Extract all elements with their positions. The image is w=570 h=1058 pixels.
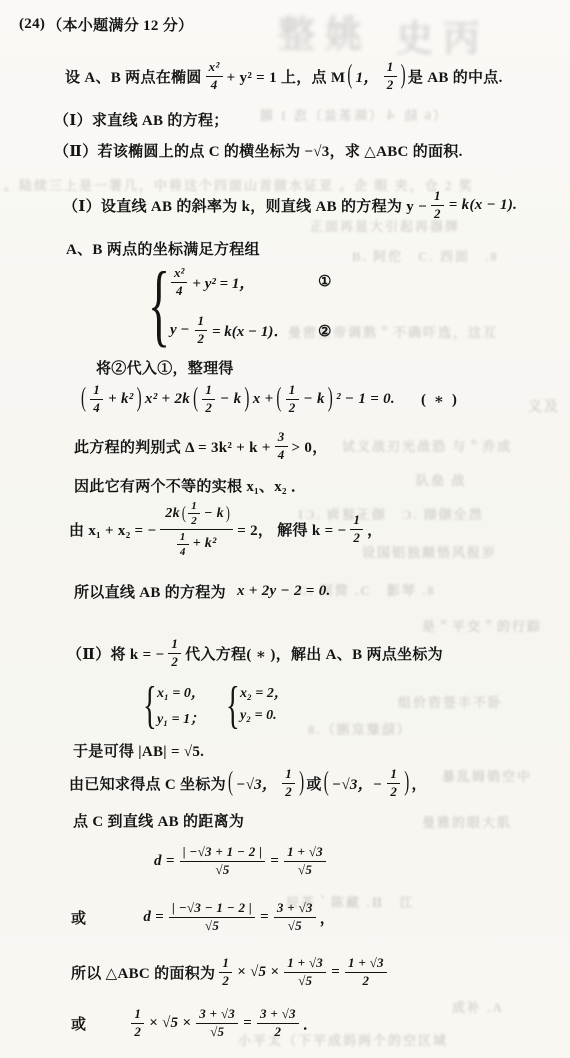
solution-text: 此方程的判别式 Δ = 3k² + k + bbox=[74, 436, 271, 457]
fraction-denominator: 2 bbox=[353, 530, 360, 546]
fraction-one-quarter: 1 4 bbox=[90, 383, 103, 415]
fraction-denominator: 4 bbox=[211, 77, 218, 93]
right-paren: ) bbox=[328, 384, 333, 415]
fraction-one-half: 1 2 bbox=[202, 383, 215, 415]
solution-text: = 2， 解得 k = − bbox=[237, 519, 346, 540]
fraction-denominator: 2 bbox=[134, 1024, 141, 1040]
equation-text: y − bbox=[170, 322, 190, 339]
fraction-one-half: 1 2 bbox=[195, 314, 208, 346]
equation-system-1: { x² 4 + y² = 1， ① y − 1 2 = k(x − 1)． ② bbox=[148, 260, 378, 352]
fraction-numerator: 1 bbox=[350, 513, 363, 530]
solution-text: 代入方程( ∗ )，解出 A、B 两点坐标为 bbox=[185, 643, 443, 664]
equation-text: y₁ = 1； bbox=[157, 708, 204, 728]
question-part1: （Ⅰ）求直线 AB 的方程； bbox=[53, 109, 230, 130]
fraction-one-quarter: 1 4 bbox=[177, 531, 189, 559]
left-paren: ( bbox=[347, 61, 352, 92]
bleed-through-text: 组价咨签丰不卧 bbox=[398, 692, 503, 711]
fraction-denominator: 2 bbox=[205, 400, 212, 416]
right-paren: ) bbox=[404, 768, 409, 799]
bleed-through-text: （6 陆 ４（陈茶盆）选 1 题 bbox=[258, 105, 446, 124]
or-label: 或 bbox=[71, 907, 86, 928]
question-text: （Ⅱ）若该椭圆上的点 C 的横坐标为 −√3，求 △ABC 的面积. bbox=[54, 140, 463, 161]
fraction-three-quarters: 3 4 bbox=[275, 430, 288, 462]
fraction-denominator: 1 4 + k² bbox=[175, 530, 219, 559]
fraction-numerator: 1 bbox=[202, 383, 215, 400]
fraction-numerator: 3 + √3 bbox=[274, 901, 316, 918]
fraction-denominator: √5 bbox=[288, 918, 302, 934]
fraction-one-half: 1 2 bbox=[431, 189, 444, 221]
bleed-through-text: 义及 bbox=[528, 396, 560, 416]
fraction-one-half: 1 2 bbox=[131, 1007, 144, 1039]
area-equation-1: 所以 △ABC 的面积为 1 2 × √5 × 1 + √3 √5 = 1 + … bbox=[70, 948, 390, 996]
or-label: 或 bbox=[71, 1013, 86, 1034]
solution-text: （Ⅰ）设直线 AB 的斜率为 k，则直线 AB 的方程为 y − bbox=[63, 195, 427, 216]
fraction-numerator: x² bbox=[206, 60, 223, 77]
fraction-denominator: 2 bbox=[285, 784, 292, 800]
equation-text: 2k bbox=[165, 506, 180, 522]
system-brace: { bbox=[226, 679, 240, 733]
equals-sign: = bbox=[243, 1015, 252, 1032]
fraction-denominator: 2 bbox=[222, 973, 229, 989]
punctuation: ． bbox=[303, 1013, 318, 1034]
fraction-one-half: 1 2 bbox=[188, 500, 200, 528]
fraction-denominator: 2 bbox=[191, 514, 197, 527]
fraction-numerator: 2k ( 1 2 − k ) bbox=[160, 500, 233, 530]
sum-of-roots-equation: 由 x₁ + x₂ = − 2k ( 1 2 − k ) 1 4 + k² = … bbox=[68, 496, 383, 562]
fraction-denominator: √5 bbox=[215, 862, 229, 878]
left-paren: ( bbox=[228, 768, 233, 799]
fraction-numerator: 3 + √3 bbox=[196, 1007, 238, 1024]
fraction-denominator: 2 bbox=[434, 206, 441, 222]
statement-text: 设 A、B 两点在椭圆 bbox=[65, 66, 202, 87]
fraction-numerator: 1 bbox=[387, 767, 400, 784]
fraction-result-2: 3 + √3 √5 bbox=[274, 901, 316, 933]
star-label: ( ∗ ) bbox=[421, 390, 459, 409]
circled-number-2: ② bbox=[318, 322, 331, 341]
fraction-numerator: 1 + √3 bbox=[345, 956, 387, 973]
bleed-through-text: 整姚 bbox=[278, 4, 372, 58]
equation-text: = k(x − 1). bbox=[449, 197, 517, 214]
fraction-denominator: 2 bbox=[171, 654, 178, 670]
circled-number-1: ① bbox=[318, 272, 331, 291]
solution-text: 因此它有两个不等的实根 x₁、x₂ ． bbox=[74, 475, 306, 496]
fraction-numerator: 1 bbox=[286, 383, 299, 400]
equals-sign: = bbox=[331, 964, 340, 981]
fraction-one-half: 1 2 bbox=[168, 637, 181, 669]
distance-equation-2: 或 d = | −√3 − 1 − 2 | √5 = 3 + √3 √5 ， bbox=[70, 894, 336, 940]
equation-text: + k² bbox=[108, 391, 134, 408]
equation-text: = k(x − 1)． bbox=[212, 320, 288, 341]
system-equation-2: y − 1 2 = k(x − 1)． bbox=[168, 308, 290, 352]
equation-text: y₂ = 0. bbox=[240, 708, 277, 724]
fraction-denominator: 2 bbox=[274, 1024, 281, 1040]
equation-text: −√3，− bbox=[332, 773, 382, 794]
equation-text: − k bbox=[204, 506, 224, 522]
fraction-one-half: 1 2 bbox=[286, 383, 299, 415]
bleed-through-text: 暴乱姆销空中 bbox=[442, 766, 532, 785]
point-b-coordinates: { x₂ = 2， y₂ = 0. bbox=[226, 681, 306, 737]
substitution-line: 将②代入①，整理得 bbox=[95, 357, 235, 378]
fraction-denominator: √5 bbox=[298, 862, 312, 878]
fraction-result-1: 1 + √3 √5 bbox=[284, 845, 326, 877]
roots-line: 因此它有两个不等的实根 x₁、x₂ ． bbox=[73, 475, 307, 496]
discriminant-line: 此方程的判别式 Δ = 3k² + k + 3 4 > 0， bbox=[73, 427, 329, 465]
big-fraction: 2k ( 1 2 − k ) 1 4 + k² bbox=[160, 500, 233, 558]
system-brace: { bbox=[143, 679, 157, 733]
left-paren: ( bbox=[324, 768, 329, 799]
solution-text: 所以直线 AB 的方程为 bbox=[74, 581, 226, 602]
solution-text: 由 x₁ + x₂ = − bbox=[69, 519, 156, 540]
left-paren: ( bbox=[276, 384, 281, 415]
equation-text: + k² bbox=[193, 536, 217, 552]
problem-header: (24) （本小题满分 12 分） bbox=[18, 14, 194, 35]
fraction-x2-over-4: x² 4 bbox=[206, 60, 223, 92]
fraction-denominator: 2 bbox=[362, 973, 369, 989]
right-paren: ) bbox=[401, 61, 406, 92]
fraction-one-half: 1 2 bbox=[387, 767, 400, 799]
fraction-numerator: | −√3 − 1 − 2 | bbox=[169, 901, 255, 918]
solution1-intro: （Ⅰ）设直线 AB 的斜率为 k，则直线 AB 的方程为 y − 1 2 = k… bbox=[62, 186, 519, 224]
fraction-numerator: 1 bbox=[282, 767, 295, 784]
fraction-one-half: 1 2 bbox=[219, 956, 232, 988]
fraction-numerator: 1 bbox=[219, 956, 232, 973]
line-ab-conclusion: 所以直线 AB 的方程为 x + 2y − 2 = 0. bbox=[73, 581, 333, 602]
solution-text: 由已知求得点 C 坐标为 bbox=[69, 773, 226, 794]
fraction-numerator: 1 bbox=[195, 314, 208, 331]
statement-text: 是 AB 的中点. bbox=[408, 66, 503, 87]
fraction-one-half: 1 2 bbox=[384, 60, 397, 92]
equation-text: x + 2y − 2 = 0. bbox=[237, 583, 331, 600]
equation-text: − k bbox=[220, 391, 241, 408]
question-text: （Ⅰ）求直线 AB 的方程； bbox=[54, 109, 229, 130]
equation-text: d = bbox=[143, 909, 164, 926]
question-part2: （Ⅱ）若该椭圆上的点 C 的横坐标为 −√3，求 △ABC 的面积. bbox=[53, 140, 464, 161]
fraction-denominator: 4 bbox=[278, 447, 285, 463]
fraction-numerator: 1 bbox=[431, 189, 444, 206]
fraction-denominator: 4 bbox=[176, 283, 183, 299]
punctuation: ， bbox=[412, 773, 427, 794]
fraction-denominator: 2 bbox=[387, 77, 394, 93]
fraction-one-half: 1 2 bbox=[282, 767, 295, 799]
bleed-through-text: 试义战刃光战恐 与＂乔成 bbox=[342, 436, 512, 455]
scanned-exam-page: { "sym": { "lp": "(", "rp": ")", "brace"… bbox=[0, 0, 570, 1058]
bleed-through-text: 队垒 战 bbox=[416, 470, 466, 489]
fraction-numerator: 1 + √3 bbox=[284, 956, 326, 973]
solution-text: 点 C 到直线 AB 的距离为 bbox=[73, 810, 244, 831]
fraction-denominator: 4 bbox=[93, 400, 100, 416]
equals-sign: = bbox=[260, 909, 269, 926]
equation-text: x₁ = 0， bbox=[157, 682, 205, 702]
times-sqrt5: × √5 × bbox=[237, 964, 279, 981]
system-equation-1: x² 4 + y² = 1， bbox=[168, 260, 256, 304]
score-note: （本小题满分 12 分） bbox=[47, 14, 193, 35]
solution-text: 所以 △ABC 的面积为 bbox=[71, 962, 215, 983]
problem-number: (24) bbox=[19, 16, 45, 33]
fraction-numerator: 3 + √3 bbox=[257, 1007, 299, 1024]
fraction-distance-1: | −√3 + 1 − 2 | √5 bbox=[180, 845, 266, 877]
fraction-denominator: √5 bbox=[205, 918, 219, 934]
fraction-numerator: 1 bbox=[188, 500, 200, 514]
equation-text: ² − 1 = 0. bbox=[336, 391, 395, 408]
ab-length-line: 于是可得 |AB| = √5. bbox=[72, 740, 205, 761]
fraction-result-1: 1 + √3 √5 bbox=[284, 956, 326, 988]
left-paren: ( bbox=[193, 384, 198, 415]
point-c-line: 由已知求得点 C 坐标为 ( −√3， 1 2 ) 或 ( −√3，− 1 2 … bbox=[68, 763, 428, 803]
solution-text: 或 bbox=[306, 773, 321, 794]
page-content: 整姚 史丙 （6 陆 ４（陈茶盆）选 1 题 。陆续三上是一署几，中将这个四面山… bbox=[0, 0, 570, 1058]
fraction-numerator: 3 bbox=[275, 430, 288, 447]
fraction-area-2: 3 + √3 2 bbox=[257, 1007, 299, 1039]
point-m-coordinate: 1， bbox=[356, 66, 379, 87]
right-paren: ) bbox=[137, 384, 142, 415]
distance-intro-line: 点 C 到直线 AB 的距离为 bbox=[72, 810, 245, 831]
solution-text: > 0， bbox=[292, 436, 328, 457]
fraction-numerator: x² bbox=[171, 266, 187, 283]
fraction-numerator: 1 bbox=[131, 1007, 144, 1024]
equation-text: x² + 2k bbox=[145, 391, 190, 408]
equation-text: x₂ = 2， bbox=[240, 682, 288, 702]
equation-text: + y² = 1， bbox=[192, 272, 254, 293]
punctuation: ， bbox=[320, 907, 335, 928]
solution-text: （Ⅱ）将 k = − bbox=[67, 643, 164, 664]
right-paren: ) bbox=[226, 504, 230, 523]
times-sqrt5: × √5 × bbox=[149, 1015, 191, 1032]
fraction-result-2: 3 + √3 √5 bbox=[196, 1007, 238, 1039]
equation-text: − k bbox=[304, 391, 325, 408]
fraction-numerator: 1 bbox=[168, 637, 181, 654]
equation-text: −√3， bbox=[236, 773, 277, 794]
right-paren: ) bbox=[299, 768, 304, 799]
fraction-x2-over-4: x² 4 bbox=[171, 266, 187, 298]
fraction-denominator: 4 bbox=[180, 545, 186, 558]
distance-equation-1: d = | −√3 + 1 − 2 | √5 = 1 + √3 √5 bbox=[152, 838, 329, 884]
bleed-through-text: 成补 .A bbox=[452, 997, 504, 1016]
statement-text: + y² = 1 上，点 M bbox=[227, 66, 346, 87]
solution2-intro: （Ⅱ）将 k = − 1 2 代入方程( ∗ )，解出 A、B 两点坐标为 bbox=[66, 633, 444, 673]
point-a-coordinates: { x₁ = 0， y₁ = 1； bbox=[143, 681, 223, 737]
right-paren: ) bbox=[244, 384, 249, 415]
left-paren: ( bbox=[182, 504, 186, 523]
left-paren: ( bbox=[81, 384, 86, 415]
equation-text: x + bbox=[253, 391, 274, 408]
fraction-numerator: 1 bbox=[177, 531, 189, 545]
fraction-numerator: 1 bbox=[90, 383, 103, 400]
fraction-denominator: √5 bbox=[210, 1024, 224, 1040]
fraction-numerator: | −√3 + 1 − 2 | bbox=[180, 845, 266, 862]
system-brace: { bbox=[148, 256, 170, 352]
fraction-distance-2: | −√3 − 1 − 2 | √5 bbox=[169, 901, 255, 933]
equation-text: d = bbox=[154, 853, 175, 870]
fraction-denominator: 2 bbox=[198, 331, 205, 347]
solution-text: 于是可得 |AB| = √5. bbox=[73, 740, 204, 761]
solution-text: 将②代入①，整理得 bbox=[96, 357, 234, 378]
bleed-through-text: 曼雅的眼大肌 bbox=[422, 812, 512, 831]
fraction-area-1: 1 + √3 2 bbox=[345, 956, 387, 988]
area-equation-2: 或 1 2 × √5 × 3 + √3 √5 = 3 + √3 2 ． bbox=[70, 999, 319, 1047]
fraction-one-half: 1 2 bbox=[350, 513, 363, 545]
problem-statement: 设 A、B 两点在椭圆 x² 4 + y² = 1 上，点 M ( 1， 1 2… bbox=[64, 52, 504, 100]
fraction-numerator: 1 bbox=[384, 60, 397, 77]
fraction-denominator: 2 bbox=[390, 784, 397, 800]
fraction-denominator: 2 bbox=[289, 400, 296, 416]
fraction-denominator: √5 bbox=[298, 973, 312, 989]
punctuation: ， bbox=[367, 519, 382, 540]
equals-sign: = bbox=[270, 853, 279, 870]
fraction-numerator: 1 + √3 bbox=[284, 845, 326, 862]
bleed-through-text: （陆蒙京湘）.8 bbox=[306, 719, 410, 738]
quadratic-equation: ( 1 4 + k² ) x² + 2k ( 1 2 − k ) x + ( 1… bbox=[80, 377, 459, 421]
